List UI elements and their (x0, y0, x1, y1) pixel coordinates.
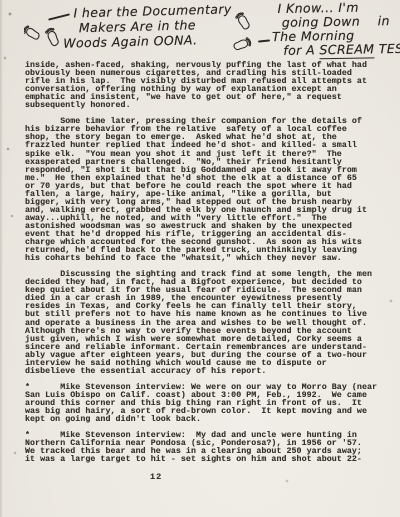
paragraph: Some time later, pressing their companio… (25, 118, 387, 263)
handwritten-line: for A SCREAM TEST (283, 42, 400, 57)
handwritten-text: for A (283, 42, 319, 58)
paragraph-interview-note: * Mike Stevenson interview: We were on o… (25, 384, 387, 424)
typed-text-block: inside, ashen-faced, shaking, nervously … (25, 62, 387, 472)
paragraph: Discussing the sighting and track find a… (25, 271, 387, 376)
scan-edge-shadow (0, 0, 3, 517)
paragraph-interview-note: * Mike Stevenson interview: My dad and u… (25, 432, 387, 464)
handwritten-note-right: I Know... I'm going Down in The Morning … (271, 0, 400, 62)
page-number: 12 (150, 472, 162, 482)
handwritten-line: going Down in (282, 14, 390, 29)
handwritten-text: TEST (374, 41, 400, 57)
scanned-document-page: I hear the Documentary Makers Are in the… (0, 0, 400, 517)
handwritten-note-left: I hear the Documentary Makers Are in the… (71, 2, 262, 63)
paragraph: inside, ashen-faced, shaking, nervously … (25, 62, 387, 110)
underlined-word: SCREAM (319, 41, 374, 58)
handwritten-line: I hear the Documentary (73, 2, 232, 19)
handwritten-line: Woods Again OONA. (63, 33, 197, 50)
scan-noise-specks (0, 0, 2, 2)
